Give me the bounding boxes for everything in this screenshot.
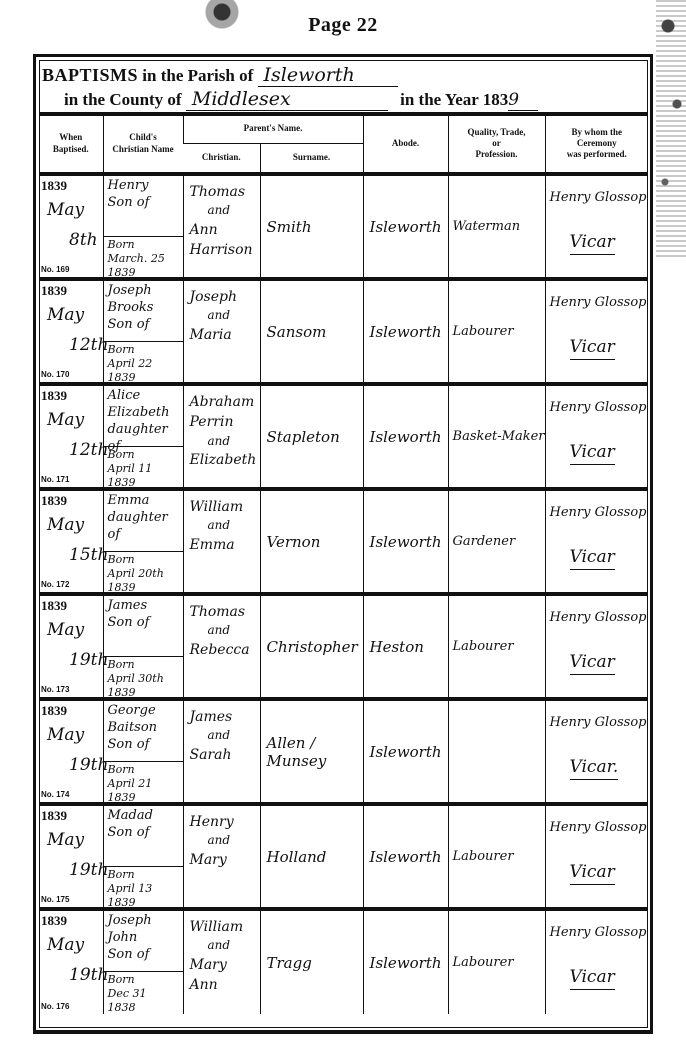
entry-month: May (47, 725, 84, 745)
entry-parents-christian: ThomasandRebecca (183, 594, 260, 699)
child-name: MadadSon of (104, 808, 183, 867)
header-line-county: in the County of Middlesex in the Year 1… (64, 88, 538, 111)
col-child: Child'sChristian Name (103, 115, 183, 174)
entry-officiant: Henry Glossop Vicar (545, 174, 648, 279)
child-name: AliceElizabethdaughter of (104, 388, 183, 447)
officiant-name: Henry Glossop (550, 400, 647, 415)
entry-year: 1839 (41, 703, 67, 719)
col-when: WhenBaptised. (39, 115, 103, 174)
register-entry: 1839 May 12th No. 170 JosephBrooksSon of… (39, 279, 648, 384)
header-year-label: in the Year (400, 90, 478, 109)
child-born: BornApril 221839 (104, 343, 183, 384)
entry-parents-christian: WilliamandEmma (183, 489, 260, 594)
entry-surname: Christopher (260, 594, 363, 699)
entry-number: No. 173 (41, 685, 69, 694)
entry-year: 1839 (41, 493, 67, 509)
entry-when: 1839 May 19th No. 176 (39, 909, 103, 1014)
entry-month: May (47, 620, 84, 640)
register-entry: 1839 May 19th No. 174 GeorgeBaitsonSon o… (39, 699, 648, 804)
entry-number: No. 175 (41, 895, 69, 904)
entry-number: No. 171 (41, 475, 69, 484)
entry-surname: Sansom (260, 279, 363, 384)
entry-surname: Vernon (260, 489, 363, 594)
entry-trade: Labourer (448, 594, 545, 699)
entry-abode: Isleworth (363, 909, 448, 1014)
entry-abode: Heston (363, 594, 448, 699)
entry-year: 1839 (41, 913, 67, 929)
entry-trade: Labourer (448, 804, 545, 909)
entry-trade: Gardener (448, 489, 545, 594)
officiant-name: Henry Glossop (550, 820, 647, 835)
entry-number: No. 172 (41, 580, 69, 589)
header-year-printed: 183 (483, 90, 509, 109)
child-born: BornApril 111839 (104, 448, 183, 489)
entry-child: Emmadaughter of BornApril 20th1839 (103, 489, 183, 594)
entry-parents-christian: JamesandSarah (183, 699, 260, 804)
header-county-label: in the County of (64, 90, 182, 109)
entry-month: May (47, 410, 84, 430)
entry-trade: Waterman (448, 174, 545, 279)
county-name: Middlesex (186, 88, 388, 111)
col-parents: Parent's Name. (183, 115, 363, 144)
entry-month: May (47, 515, 84, 535)
entry-abode: Isleworth (363, 384, 448, 489)
officiant-title: Vicar (570, 337, 615, 360)
entry-child: JosephBrooksSon of BornApril 221839 (103, 279, 183, 384)
officiant-name: Henry Glossop (550, 295, 647, 310)
entry-year: 1839 (41, 388, 67, 404)
entry-month: May (47, 305, 84, 325)
entry-surname: Stapleton (260, 384, 363, 489)
entry-abode: Isleworth (363, 174, 448, 279)
col-parents-surname: Surname. (260, 144, 363, 175)
entry-officiant: Henry Glossop Vicar (545, 909, 648, 1014)
entry-surname: Smith (260, 174, 363, 279)
entry-abode: Isleworth (363, 489, 448, 594)
entry-year: 1839 (41, 178, 67, 194)
entry-month: May (47, 200, 84, 220)
baptism-register-table: WhenBaptised. Child'sChristian Name Pare… (39, 115, 648, 1014)
entry-parents-christian: HenryandMary (183, 804, 260, 909)
header-parish-label: in the Parish of (142, 66, 253, 85)
entry-abode: Isleworth (363, 699, 448, 804)
entry-abode: Isleworth (363, 804, 448, 909)
officiant-name: Henry Glossop (550, 925, 647, 940)
entry-surname: Allen / Munsey (260, 699, 363, 804)
officiant-name: Henry Glossop (550, 715, 647, 730)
officiant-title: Vicar (570, 652, 615, 675)
col-trade: Quality, Trade,orProfession. (448, 115, 545, 174)
entry-officiant: Henry Glossop Vicar (545, 804, 648, 909)
entry-trade (448, 699, 545, 804)
entry-when: 1839 May 19th No. 173 (39, 594, 103, 699)
officiant-name: Henry Glossop (550, 505, 647, 520)
officiant-title: Vicar (570, 862, 615, 885)
col-by-whom: By whom theCeremonywas performed. (545, 115, 648, 174)
register-entry: 1839 May 19th No. 173 JamesSon of BornAp… (39, 594, 648, 699)
child-name: Emmadaughter of (104, 493, 183, 552)
entry-month: May (47, 830, 84, 850)
entry-year: 1839 (41, 598, 67, 614)
entry-officiant: Henry Glossop Vicar (545, 489, 648, 594)
entry-trade: Labourer (448, 909, 545, 1014)
officiant-title: Vicar (570, 232, 615, 255)
entry-trade: Basket-Maker (448, 384, 545, 489)
entry-officiant: Henry Glossop Vicar (545, 594, 648, 699)
child-born: BornApril 30th1839 (104, 658, 183, 699)
officiant-title: Vicar (570, 442, 615, 465)
header-line-parish: BAPTISMS in the Parish of Isleworth (42, 64, 398, 87)
entry-child: JamesSon of BornApril 30th1839 (103, 594, 183, 699)
child-born: BornApril 211839 (104, 763, 183, 804)
child-name: HenrySon of (104, 178, 183, 237)
col-abode: Abode. (363, 115, 448, 174)
page-number: Page 22 (0, 14, 686, 37)
register-entry: 1839 May 19th No. 175 MadadSon of BornAp… (39, 804, 648, 909)
entry-month: May (47, 935, 84, 955)
register-entry: 1839 May 12th No. 171 AliceElizabethdaug… (39, 384, 648, 489)
entry-number: No. 176 (41, 1002, 69, 1011)
officiant-name: Henry Glossop (550, 190, 647, 205)
register-entry: 1839 May 19th No. 176 JosephJohnSon of B… (39, 909, 648, 1014)
child-name: JosephBrooksSon of (104, 283, 183, 342)
entry-when: 1839 May 19th No. 174 (39, 699, 103, 804)
child-name: JosephJohnSon of (104, 913, 183, 972)
child-name: JamesSon of (104, 598, 183, 657)
officiant-title: Vicar. (570, 757, 619, 780)
entry-number: No. 170 (41, 370, 69, 379)
entry-number: No. 174 (41, 790, 69, 799)
entry-trade: Labourer (448, 279, 545, 384)
entry-child: GeorgeBaitsonSon of BornApril 211839 (103, 699, 183, 804)
entry-officiant: Henry Glossop Vicar (545, 384, 648, 489)
entry-when: 1839 May 12th No. 170 (39, 279, 103, 384)
entry-child: MadadSon of BornApril 131839 (103, 804, 183, 909)
bottom-rule (33, 1030, 653, 1034)
header-baptisms: BAPTISMS (42, 65, 138, 85)
entry-number: No. 169 (41, 265, 69, 274)
officiant-title: Vicar (570, 967, 615, 990)
child-name: GeorgeBaitsonSon of (104, 703, 183, 762)
entry-when: 1839 May 8th No. 169 (39, 174, 103, 279)
header-year-written: 9 (508, 90, 538, 111)
entry-day: 8th (69, 230, 98, 250)
entry-year: 1839 (41, 808, 67, 824)
entry-parents-christian: ThomasandAnnHarrison (183, 174, 260, 279)
entry-officiant: Henry Glossop Vicar. (545, 699, 648, 804)
child-born: BornDec 311838 (104, 973, 183, 1014)
register-entry: 1839 May 8th No. 169 HenrySon of BornMar… (39, 174, 648, 279)
child-born: BornApril 20th1839 (104, 553, 183, 594)
col-parents-christian: Christian. (183, 144, 260, 175)
entry-child: JosephJohnSon of BornDec 311838 (103, 909, 183, 1014)
entry-year: 1839 (41, 283, 67, 299)
entry-surname: Holland (260, 804, 363, 909)
entry-child: HenrySon of BornMarch. 251839 (103, 174, 183, 279)
entry-when: 1839 May 15th No. 172 (39, 489, 103, 594)
entry-officiant: Henry Glossop Vicar (545, 279, 648, 384)
child-born: BornMarch. 251839 (104, 238, 183, 279)
register-entry: 1839 May 15th No. 172 Emmadaughter of Bo… (39, 489, 648, 594)
child-born: BornApril 131839 (104, 868, 183, 909)
parish-name: Isleworth (258, 64, 398, 87)
officiant-name: Henry Glossop (550, 610, 647, 625)
entry-child: AliceElizabethdaughter of BornApril 1118… (103, 384, 183, 489)
entry-when: 1839 May 12th No. 171 (39, 384, 103, 489)
entry-parents-christian: WilliamandMaryAnn (183, 909, 260, 1014)
entry-when: 1839 May 19th No. 175 (39, 804, 103, 909)
officiant-title: Vicar (570, 547, 615, 570)
entry-parents-christian: JosephandMaria (183, 279, 260, 384)
entry-surname: Tragg (260, 909, 363, 1014)
scan-noise-right (656, 0, 686, 260)
entry-parents-christian: AbrahamPerrinandElizabeth (183, 384, 260, 489)
entry-abode: Isleworth (363, 279, 448, 384)
